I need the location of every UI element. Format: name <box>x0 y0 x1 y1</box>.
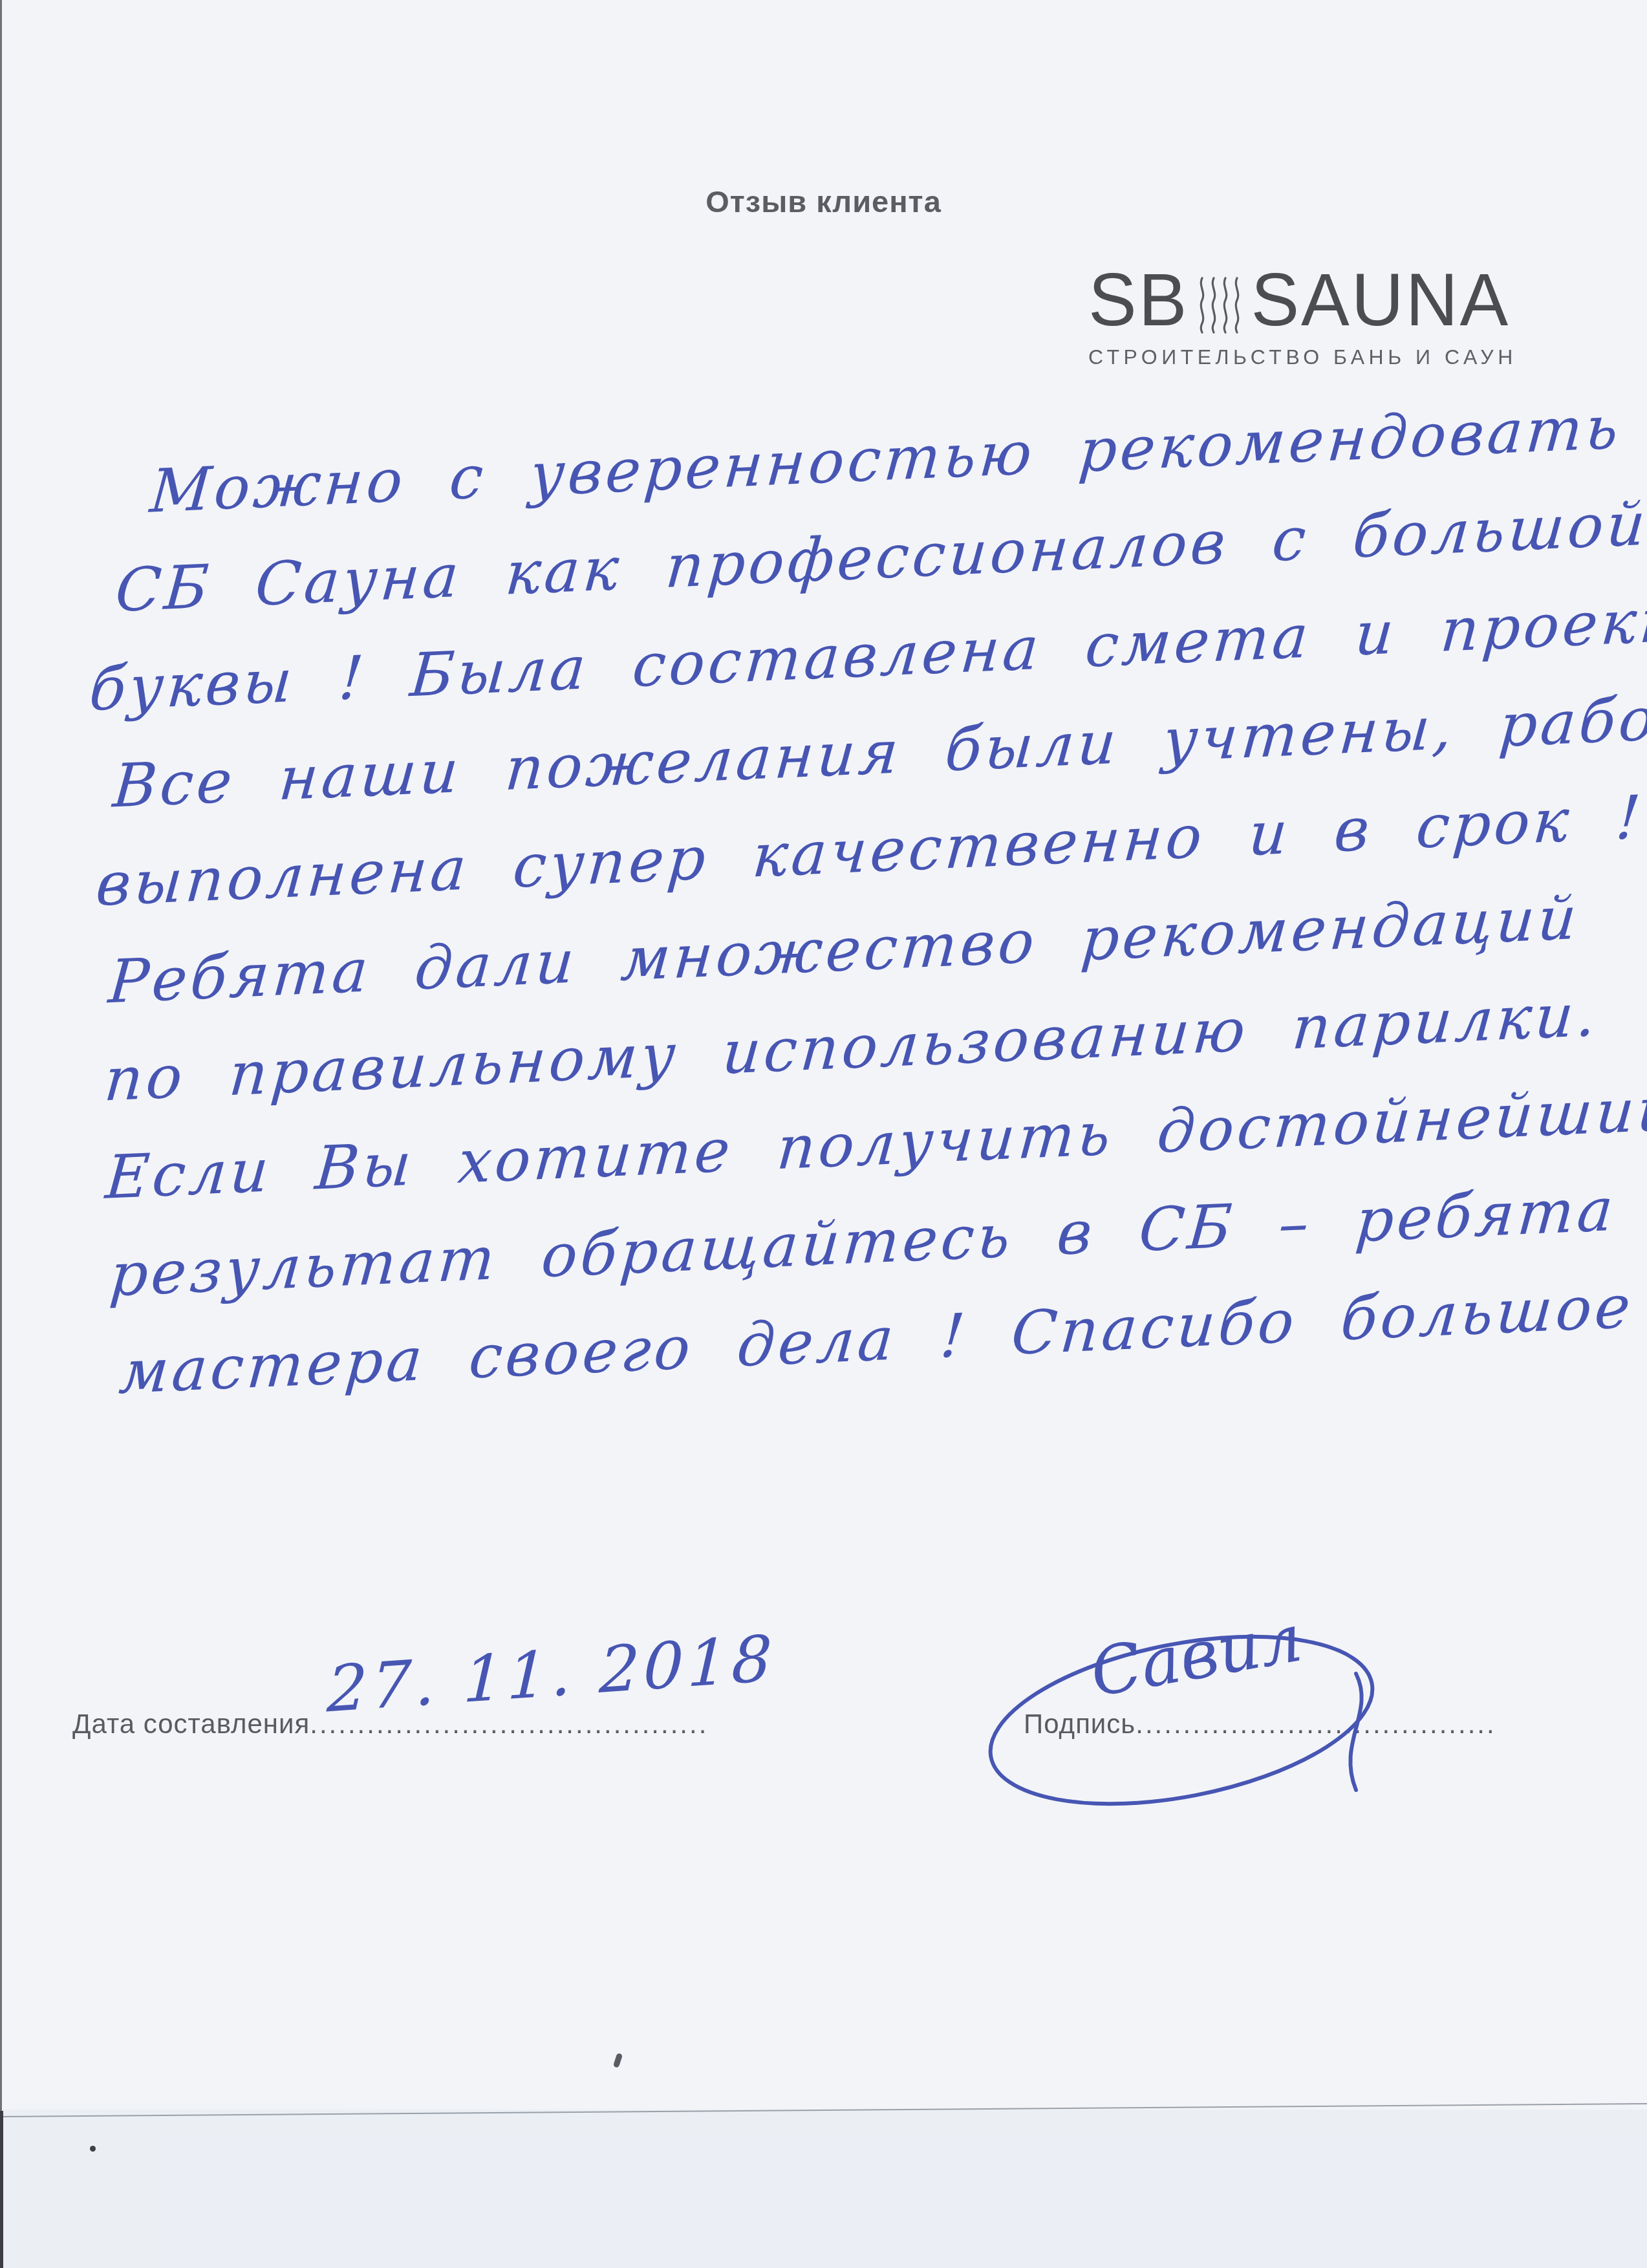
signature: Савил <box>978 1577 1398 1829</box>
date-label: Дата составления <box>72 1709 310 1739</box>
logo-sb-text: SB <box>1088 263 1189 337</box>
logo-wordmark: SB SAUNA <box>1088 264 1489 336</box>
scan-artifact-ink-speck <box>613 2053 623 2068</box>
page-title: Отзыв клиента <box>0 184 1647 219</box>
logo-sauna-text: SAUNA <box>1251 263 1510 337</box>
signature-scribble-icon: Савил <box>978 1577 1398 1829</box>
signature-name-text: Савил <box>1085 1599 1308 1712</box>
handwritten-review: Можно с уверенностью рекомендовать СБ Са… <box>68 378 1647 1421</box>
company-logo: SB SAUNA СТРОИТЕЛЬСТВО БАНЬ И САУН <box>1088 264 1489 369</box>
handwritten-date: 27. 11. 2018 <box>326 1621 777 1727</box>
scan-artifact-ink-dot <box>90 2146 96 2152</box>
scan-artifact-below-fold <box>0 2110 1647 2268</box>
logo-tagline: СТРОИТЕЛЬСТВО БАНЬ И САУН <box>1088 345 1489 369</box>
scan-artifact-left-edge-dark <box>0 2111 3 2268</box>
scan-artifact-left-edge <box>0 0 2 2268</box>
scanned-review-page: Отзыв клиента SB SAUNA СТРОИТЕЛЬСТВО БАН… <box>0 0 1647 2268</box>
steam-waves-icon <box>1196 277 1243 334</box>
